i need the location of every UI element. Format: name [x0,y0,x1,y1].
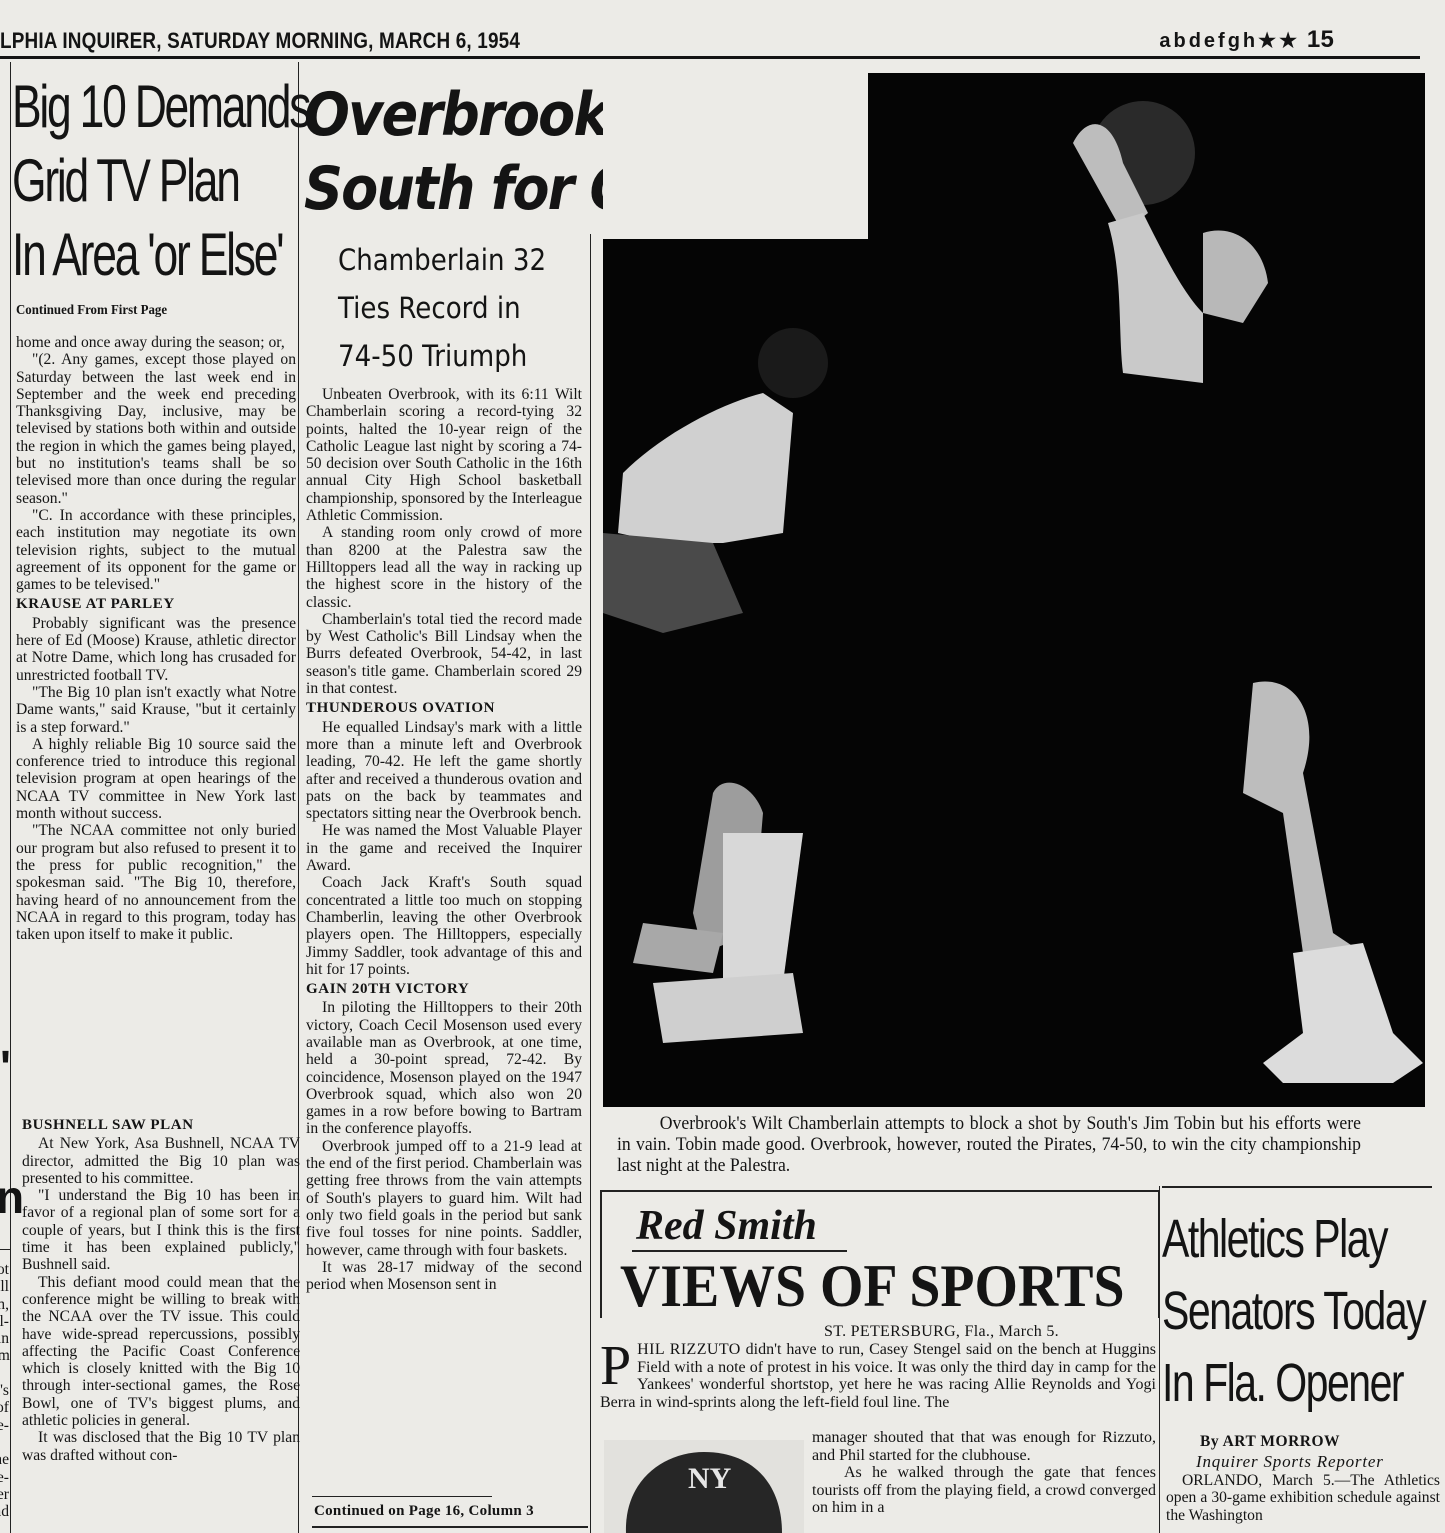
continued-from-label: Continued From First Page [16,303,167,319]
paragraph: "(2. Any games, except those played on S… [16,351,296,507]
headline-line: Athletics Play [1162,1203,1375,1275]
masthead-date-line: LPHIA INQUIRER, SATURDAY MORNING, MARCH … [0,28,520,54]
paragraph: A highly reliable Big 10 source said the… [16,736,296,822]
headline-line: In Fla. Opener [1162,1347,1375,1419]
svg-text:NY: NY [688,1462,732,1495]
fragment-line: in [0,1330,9,1347]
byline-role: Inquirer Sports Reporter [1196,1452,1384,1472]
continuation-rule [312,1526,588,1528]
masthead: LPHIA INQUIRER, SATURDAY MORNING, MARCH … [0,24,1420,58]
athletics-body: ORLANDO, March 5.—The Athletics open a 3… [1166,1472,1440,1524]
section-subhead: KRAUSE AT PARLEY [16,596,296,613]
paragraph: home and once away during the season; or… [16,334,296,351]
column-rule [590,234,591,1533]
page-number: 15 [1307,26,1334,54]
overbrook-subhead: Chamberlain 32 Ties Record in 74-50 Triu… [338,236,554,380]
fragment-glyph: ' [0,1040,11,1094]
paragraph: Unbeaten Overbrook, with its 6:11 Wilt C… [306,386,582,524]
red-smith-body: manager shouted that that was enough for… [812,1429,1156,1517]
paragraph: In piloting the Hilltoppers to their 20t… [306,999,582,1137]
section-rule [1162,1186,1432,1188]
continued-on-label: Continued on Page 16, Column 3 [314,1503,534,1520]
paragraph: This defiant mood could mean that the co… [22,1274,300,1430]
byline: By ART MORROW [1200,1433,1340,1451]
headline-line: Grid TV Plan [12,144,223,218]
edition-code: abdefgh★★ [1159,28,1300,53]
fragment-glyph: n [0,1170,24,1224]
headline-notch [603,73,868,239]
big10-body-part1: home and once away during the season; or… [16,334,296,943]
fragment-line: ill [0,1278,9,1295]
paragraph: ORLANDO, March 5.—The Athletics open a 3… [1166,1472,1440,1524]
continuation-rule [312,1496,492,1497]
fragment-line [0,1365,9,1382]
paragraph: As he walked through the gate that fence… [812,1464,1156,1517]
paragraph: Chamberlain's total tied the record made… [306,611,582,697]
fragment-line: ad [0,1503,9,1520]
caption-text: Overbrook's Wilt Chamberlain attempts to… [617,1113,1361,1176]
drop-cap: P [600,1343,631,1389]
paragraph: Probably significant was the presence he… [16,615,296,684]
paragraph: Overbrook jumped off to a 21-9 lead at t… [306,1138,582,1259]
fragment-line: om [0,1347,9,1364]
fragment-line: of [0,1399,9,1416]
fragment-lines: otilln,il-inom n'sofe- hee-erad [0,1261,9,1520]
subhead-line: 74-50 Triumph [338,332,554,380]
headline-line: In Area 'or Else' [12,218,223,292]
fragment-line: er [0,1486,9,1503]
column-title: VIEWS OF SPORTS [620,1254,1124,1318]
paragraph: "The Big 10 plan isn't exactly what Notr… [16,684,296,736]
rizzuto-photo: NY [604,1440,804,1533]
athletics-headline: Athletics Play Senators Today In Fla. Op… [1162,1203,1375,1419]
paragraph: He equalled Lindsay's mark with a little… [306,719,582,823]
fragment-line [0,1434,9,1451]
section-subhead: THUNDEROUS OVATION [306,700,582,717]
subhead-line: Ties Record in [338,284,554,332]
section-subhead: GAIN 20TH VICTORY [306,981,582,998]
paragraph: At New York, Asa Bushnell, NCAA TV direc… [22,1135,300,1187]
subhead-line: Chamberlain 32 [338,236,554,284]
fragment-line: n's [0,1382,9,1399]
column-author: Red Smith [636,1201,817,1251]
paragraph: It was 28-17 midway of the second period… [306,1259,582,1294]
fragment-line: ot [0,1261,9,1278]
paragraph: It was disclosed that the Big 10 TV plan… [22,1429,300,1464]
big10-headline: Big 10 Demands Grid TV Plan In Area 'or … [12,70,223,292]
big10-body-part2: BUSHNELL SAW PLANAt New York, Asa Bushne… [22,1114,300,1464]
fragment-line: n, [0,1296,9,1313]
author-underline [632,1250,847,1252]
paragraph: "The NCAA committee not only buried our … [16,822,296,943]
fragment-line: e- [0,1469,9,1486]
fragment-line: e- [0,1417,9,1434]
section-subhead: BUSHNELL SAW PLAN [22,1117,300,1134]
lead-caps: HIL RIZZUTO [637,1341,741,1358]
overbrook-body: Unbeaten Overbrook, with its 6:11 Wilt C… [306,386,582,1293]
masthead-rule [0,56,1420,59]
red-smith-lead-paragraph: PHIL RIZZUTO didn't have to run, Casey S… [600,1341,1156,1411]
dateline: ST. PETERSBURG, Fla., March 5. [824,1323,1059,1341]
paragraph: He was named the Most Valuable Player in… [306,822,582,874]
column-rule [10,62,11,1533]
photo-caption: Overbrook's Wilt Chamberlain attempts to… [617,1113,1361,1176]
fragment-line: il- [0,1313,9,1330]
yankees-cap-photo: NY [604,1440,804,1533]
paragraph: Coach Jack Kraft's South squad concentra… [306,874,582,978]
paragraph: "C. In accordance with these principles,… [16,507,296,593]
paragraph: A standing room only crowd of more than … [306,524,582,610]
headline-line: Big 10 Demands [12,70,223,144]
paragraph: "I understand the Big 10 has been in fav… [22,1187,300,1273]
fragment-rule [0,1249,10,1250]
fragment-line: he [0,1451,9,1468]
headline-line: Senators Today [1162,1275,1375,1347]
basketball-photo [603,73,1425,1107]
paragraph: manager shouted that that was enough for… [812,1429,1156,1464]
